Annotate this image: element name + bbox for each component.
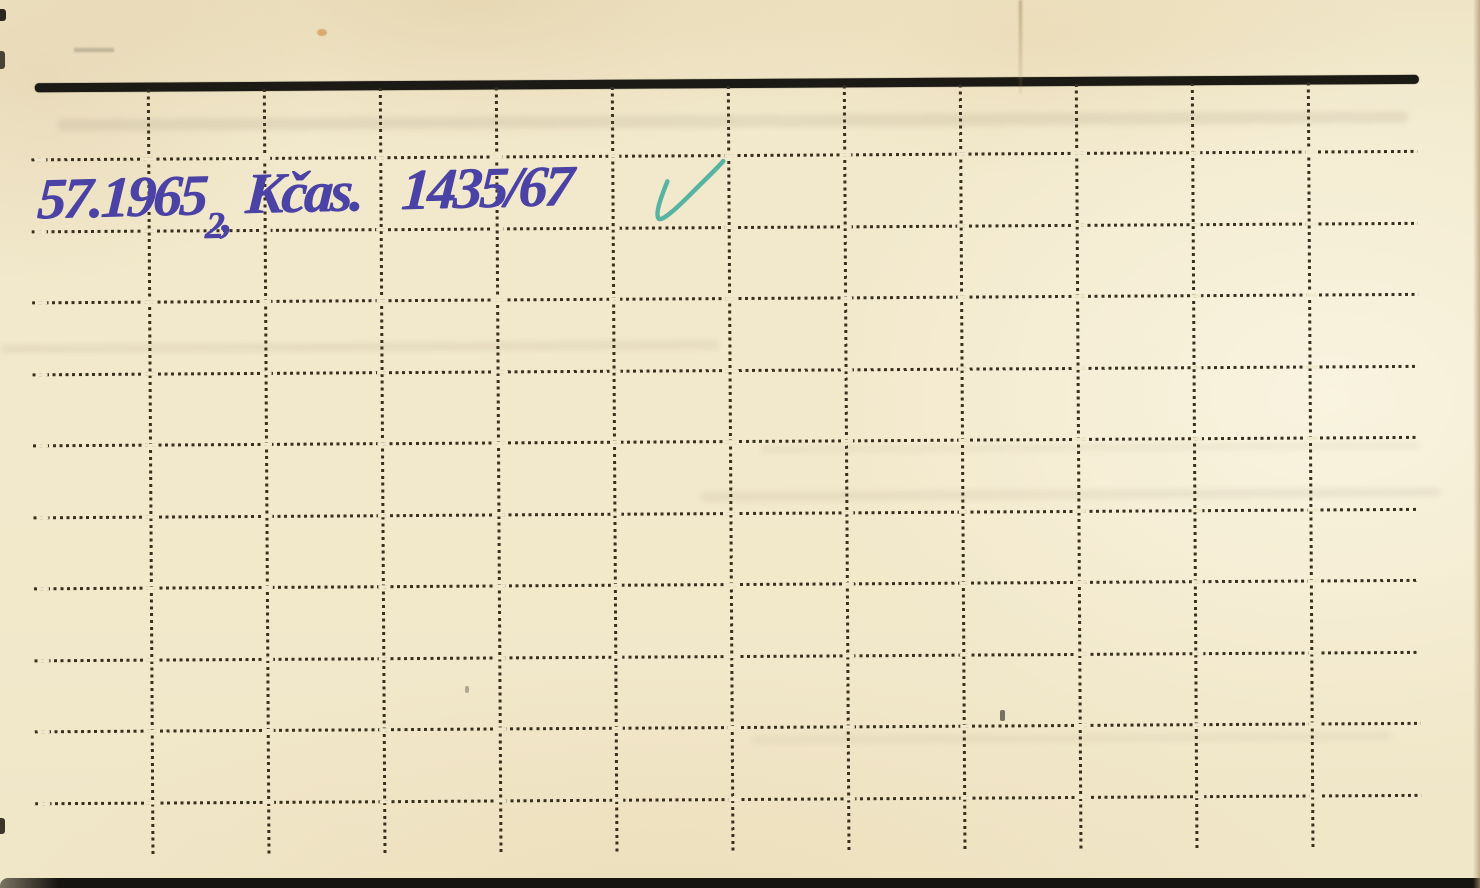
left-edge-mark xyxy=(0,9,6,21)
card-content: 57.19652,Kčas.1435/67 xyxy=(0,0,1480,888)
abbreviation: Kčas. xyxy=(244,158,364,226)
ink-bleed-smudge xyxy=(700,488,1440,502)
checkmark-icon xyxy=(648,155,732,230)
left-edge-mark xyxy=(0,51,5,69)
grid-vertical-line xyxy=(611,87,619,853)
grid-horizontal-line xyxy=(33,508,1419,519)
card-bottom-edge xyxy=(0,878,1480,888)
paper-smudge xyxy=(74,48,114,52)
grid-horizontal-line xyxy=(32,293,1418,304)
card-right-edge xyxy=(1473,0,1480,888)
grid-horizontal-line xyxy=(34,579,1420,590)
grid-horizontal-line xyxy=(35,794,1421,805)
dotted-grid xyxy=(0,0,1477,5)
entry-comma: , xyxy=(220,190,232,241)
handwriting-entry: 57.19652,Kčas.1435/67 xyxy=(35,143,574,243)
paper-stain xyxy=(317,29,327,36)
ink-bleed-smudge xyxy=(760,442,1420,453)
paper-crease xyxy=(1019,0,1022,94)
ink-bleed-smudge xyxy=(58,111,1408,131)
reference-number: 1435/67 xyxy=(399,153,572,222)
grid-horizontal-line xyxy=(33,365,1419,376)
left-edge-mark xyxy=(0,818,5,834)
index-card: 57.19652,Kčas.1435/67 xyxy=(0,0,1480,888)
grid-horizontal-line xyxy=(34,651,1420,662)
paper-speck xyxy=(1000,710,1005,721)
paper-speck xyxy=(465,686,469,693)
entry-number: 57.1965 xyxy=(35,162,207,231)
grid-horizontal-line xyxy=(35,722,1421,733)
entry-subscript: 2 xyxy=(204,205,223,247)
